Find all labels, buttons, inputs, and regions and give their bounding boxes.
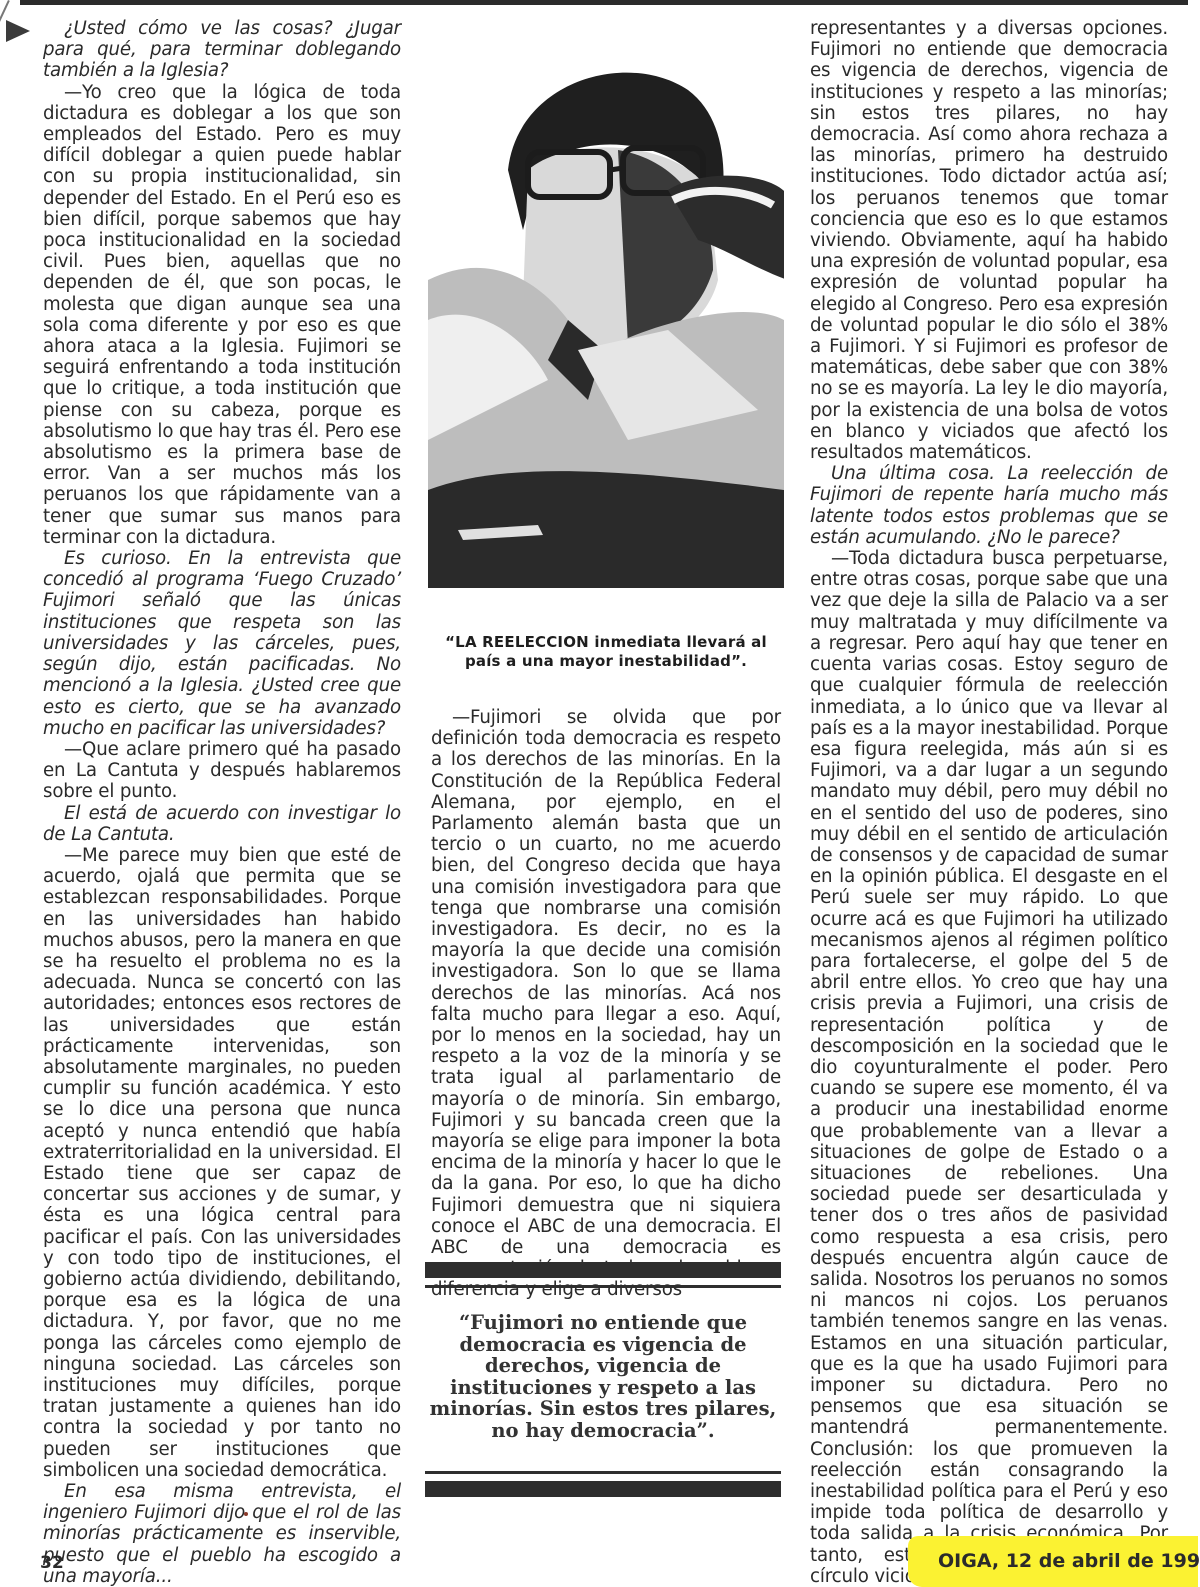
continuation-paragraph: representantes y a diversas opciones. Fu…	[810, 18, 1168, 463]
ink-speck	[244, 1512, 248, 1516]
photo-caption: “LA REELECCION inmediata llevará al país…	[428, 633, 784, 671]
answer-paragraph: —Me parece muy bien que esté de acuerdo,…	[43, 845, 401, 1481]
question-paragraph: Una última cosa. La reelección de Fujimo…	[810, 463, 1168, 548]
answer-paragraph: —Toda dictadura busca perpetuarse, entre…	[810, 548, 1168, 1587]
pull-quote-bottom-bar	[425, 1481, 781, 1497]
source-highlight: OIGA, 12 de abril de 1993	[908, 1536, 1198, 1587]
portrait-image-icon	[428, 20, 784, 588]
answer-paragraph: —Yo creo que la lógica de toda dictadura…	[43, 82, 401, 548]
question-paragraph: ¿Usted cómo ve las cosas? ¿Jugar para qu…	[43, 18, 401, 82]
arrow-marker-icon	[6, 20, 30, 42]
source-label: OIGA, 12 de abril de 1993	[938, 1550, 1200, 1572]
question-paragraph: En esa misma entrevista, el ingeniero Fu…	[43, 1481, 401, 1587]
pull-quote-text: “Fujimori no entiende que democracia es …	[425, 1288, 781, 1471]
middle-column: —Fujimori se olvida que por definición t…	[431, 707, 781, 1301]
question-paragraph: El está de acuerdo con investigar lo de …	[43, 803, 401, 845]
interviewee-photo	[428, 20, 784, 588]
answer-text: —Toda dictadura busca perpetuarse, entre…	[810, 548, 1168, 1587]
right-column: representantes y a diversas opciones. Fu…	[810, 18, 1168, 1587]
top-rule	[20, 0, 1188, 5]
answer-paragraph: —Fujimori se olvida que por definición t…	[431, 707, 781, 1301]
question-paragraph: Es curioso. En la entrevista que concedi…	[43, 548, 401, 739]
page-number: 32	[40, 1553, 64, 1573]
pull-quote-top-bar	[425, 1262, 781, 1278]
left-column: ¿Usted cómo ve las cosas? ¿Jugar para qu…	[43, 18, 401, 1587]
pull-quote-box: “Fujimori no entiende que democracia es …	[425, 1262, 781, 1497]
pull-quote-bottom-rule	[425, 1471, 781, 1474]
answer-paragraph: —Que aclare primero qué ha pasado en La …	[43, 739, 401, 803]
